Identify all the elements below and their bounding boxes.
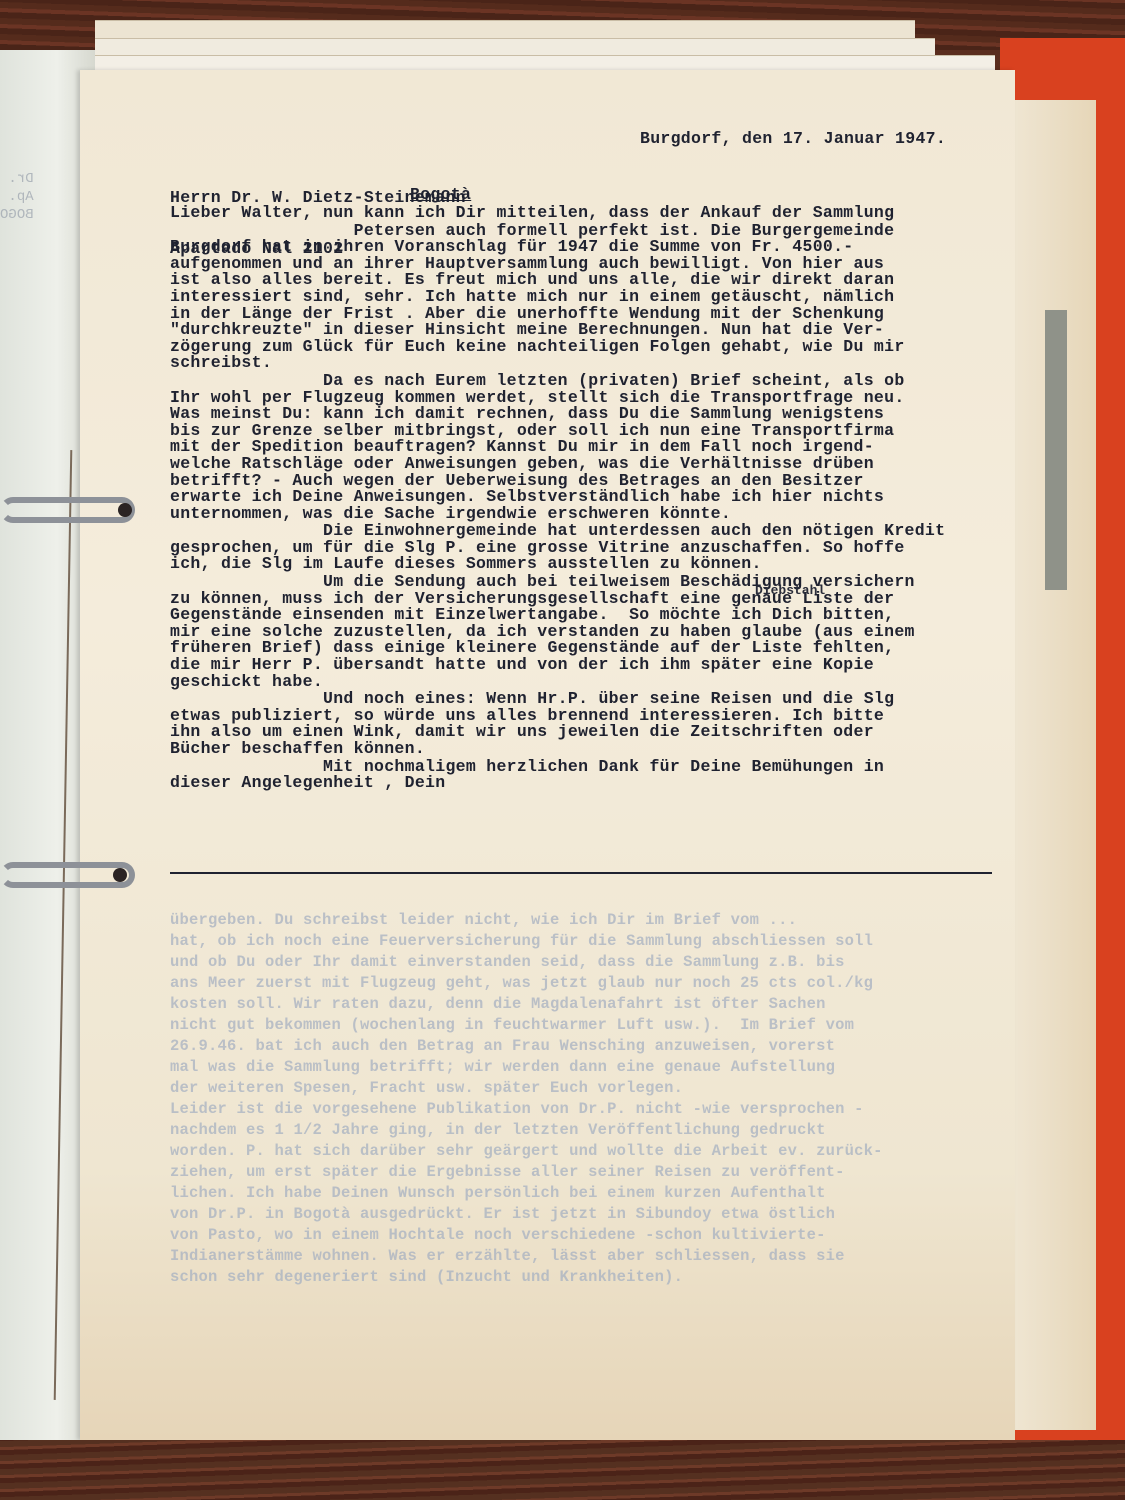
bleed-line: lichen. Ich habe Deinen Wunsch persönlic… [170, 1183, 1090, 1204]
bleed-line: Indianerstämme wohnen. Was er erzählte, … [170, 1246, 1090, 1267]
body-line: schreibst. [170, 355, 945, 372]
bleed-line: kosten soll. Wir raten dazu, denn die Ma… [170, 994, 1090, 1015]
bleed-line: ans Meer zuerst mit Flugzeug geht, was j… [170, 973, 1090, 994]
wooden-table-bottom [0, 1440, 1125, 1500]
bleed-line: und ob Du oder Ihr damit einverstanden s… [170, 952, 1090, 973]
grey-divider-tab [1045, 310, 1067, 590]
bleed-line: Leider ist die vorgesehene Publikation v… [170, 1099, 1090, 1120]
bleed-line: von Pasto, wo in einem Hochtale noch ver… [170, 1225, 1090, 1246]
bleed-through-text: übergeben. Du schreibst leider nicht, wi… [170, 910, 1090, 1288]
bleed-line: nicht gut bekommen (wochenlang in feucht… [170, 1015, 1090, 1036]
bleed-line: der weiteren Spesen, Fracht usw. später … [170, 1078, 1090, 1099]
recipient-city: Bogotà [410, 186, 471, 203]
binder-ring-icon [0, 497, 135, 523]
bleed-line: übergeben. Du schreibst leider nicht, wi… [170, 910, 1090, 931]
bleed-line: hat, ob ich noch eine Feuerversicherung … [170, 931, 1090, 952]
body-line: zögerung zum Glück für Euch keine nachte… [170, 339, 945, 356]
mirrored-bleed-text: Dr.Ap.BOGO [0, 170, 34, 224]
letter-date: Burgdorf, den 17. Januar 1947. [640, 130, 946, 147]
handwritten-correction: Diebstahl [755, 583, 825, 598]
ring-hole [113, 868, 127, 882]
body-line: Lieber Walter, nun kann ich Dir mitteile… [170, 205, 945, 222]
body-line: geschickt habe. [170, 674, 945, 691]
bleed-line: schon sehr degeneriert sind (Inzucht und… [170, 1267, 1090, 1288]
body-line: unternommen, was die Sache irgendwie ers… [170, 506, 945, 523]
bleed-line: mal was die Sammlung betrifft; wir werde… [170, 1057, 1090, 1078]
letter-body: Lieber Walter, nun kann ich Dir mitteile… [170, 205, 945, 792]
bleed-line: ziehen, um erst später die Ergebnisse al… [170, 1162, 1090, 1183]
body-line: welche Ratschläge oder Anweisungen geben… [170, 456, 945, 473]
body-line: ich, die Slg im Laufe dieses Sommers aus… [170, 556, 945, 573]
ring-hole [118, 503, 132, 517]
divider-line [170, 872, 992, 874]
body-line: Bücher beschaffen können. [170, 741, 945, 758]
bleed-line: 26.9.46. bat ich auch den Betrag an Frau… [170, 1036, 1090, 1057]
bleed-line: von Dr.P. in Bogotà ausgedrückt. Er ist … [170, 1204, 1090, 1225]
bleed-line: worden. P. hat sich darüber sehr geärger… [170, 1141, 1090, 1162]
body-line: dieser Angelegenheit , Dein [170, 775, 945, 792]
bleed-line: nachdem es 1 1/2 Jahre ging, in der letz… [170, 1120, 1090, 1141]
